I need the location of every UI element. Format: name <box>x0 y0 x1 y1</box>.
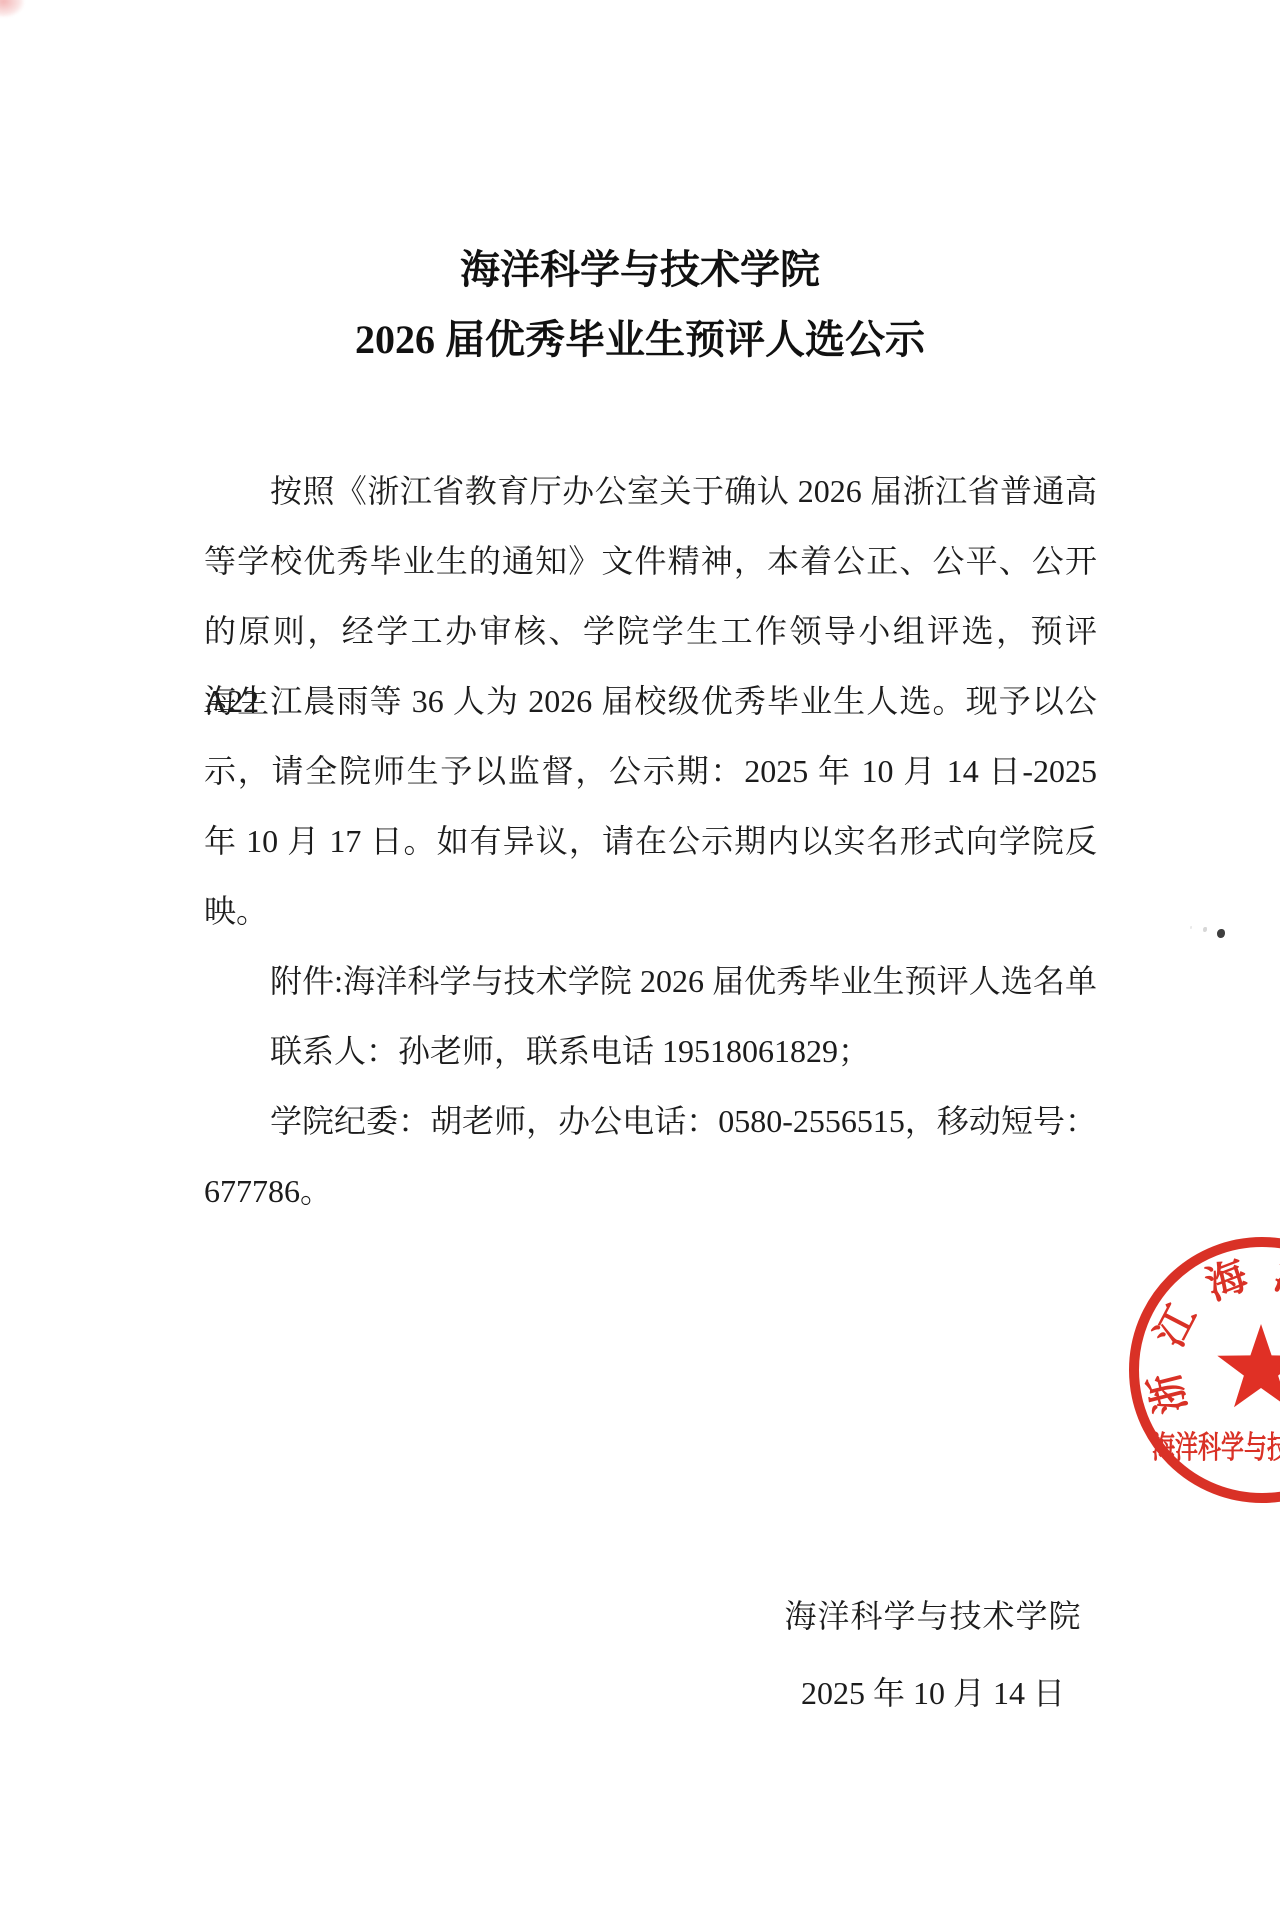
contact-line: 联系人：孙老师，联系电话 19518061829； <box>204 1016 1097 1086</box>
signature-block: 海洋科学与技术学院 2025 年 10 月 14 日 <box>753 1581 1113 1728</box>
body-line: 等学校优秀毕业生的通知》文件精神，本着公正、公平、公开 <box>204 526 1097 596</box>
attachment-line: 附件:海洋科学与技术学院 2026 届优秀毕业生预评人选名单 <box>204 946 1097 1016</box>
seal-bottom-text: 海洋科学与技 <box>1152 1430 1280 1465</box>
signature-date: 2025 年 10 月 14 日 <box>753 1658 1113 1728</box>
body-line: 映。 <box>204 876 1097 946</box>
body-line: 海生江晨雨等 36 人为 2026 届校级优秀毕业生人选。现予以公 <box>204 666 1097 736</box>
discipline-office-line: 学院纪委：胡老师，办公电话：0580-2556515，移动短号： <box>204 1086 1097 1156</box>
mobile-short-number-line: 677786。 <box>204 1156 1097 1226</box>
scan-artifact-corner-smudge <box>0 0 24 17</box>
document-page: 海洋科学与技术学院 2026 届优秀毕业生预评人选公示 按照《浙江省教育厅办公室… <box>0 0 1280 1910</box>
seal-arc-char: 浙 <box>1141 1368 1194 1418</box>
body-line: 的原则，经学工办审核、学院学生工作领导小组评选，预评 A22 <box>204 596 1097 666</box>
notice-title: 海洋科学与技术学院 <box>0 246 1280 294</box>
notice-body: 按照《浙江省教育厅办公室关于确认 2026 届浙江省普通高 等学校优秀毕业生的通… <box>204 456 1097 1226</box>
signature-organization: 海洋科学与技术学院 <box>753 1581 1113 1651</box>
seal-star-icon <box>1217 1324 1280 1407</box>
body-line: 年 10 月 17 日。如有异议，请在公示期内以实名形式向学院反 <box>204 806 1097 876</box>
body-line: 按照《浙江省教育厅办公室关于确认 2026 届浙江省普通高 <box>204 456 1097 526</box>
official-seal-stamp: 浙 江 海 洋 海洋科学与技 <box>1062 1170 1280 1570</box>
seal-arc-char: 海 <box>1200 1252 1253 1308</box>
body-line: 示，请全院师生予以监督，公示期：2025 年 10 月 14 日-2025 <box>204 736 1097 806</box>
seal-arc-char: 洋 <box>1268 1252 1280 1308</box>
scan-artifact-speck <box>1217 929 1225 938</box>
notice-subtitle: 2026 届优秀毕业生预评人选公示 <box>0 316 1280 364</box>
